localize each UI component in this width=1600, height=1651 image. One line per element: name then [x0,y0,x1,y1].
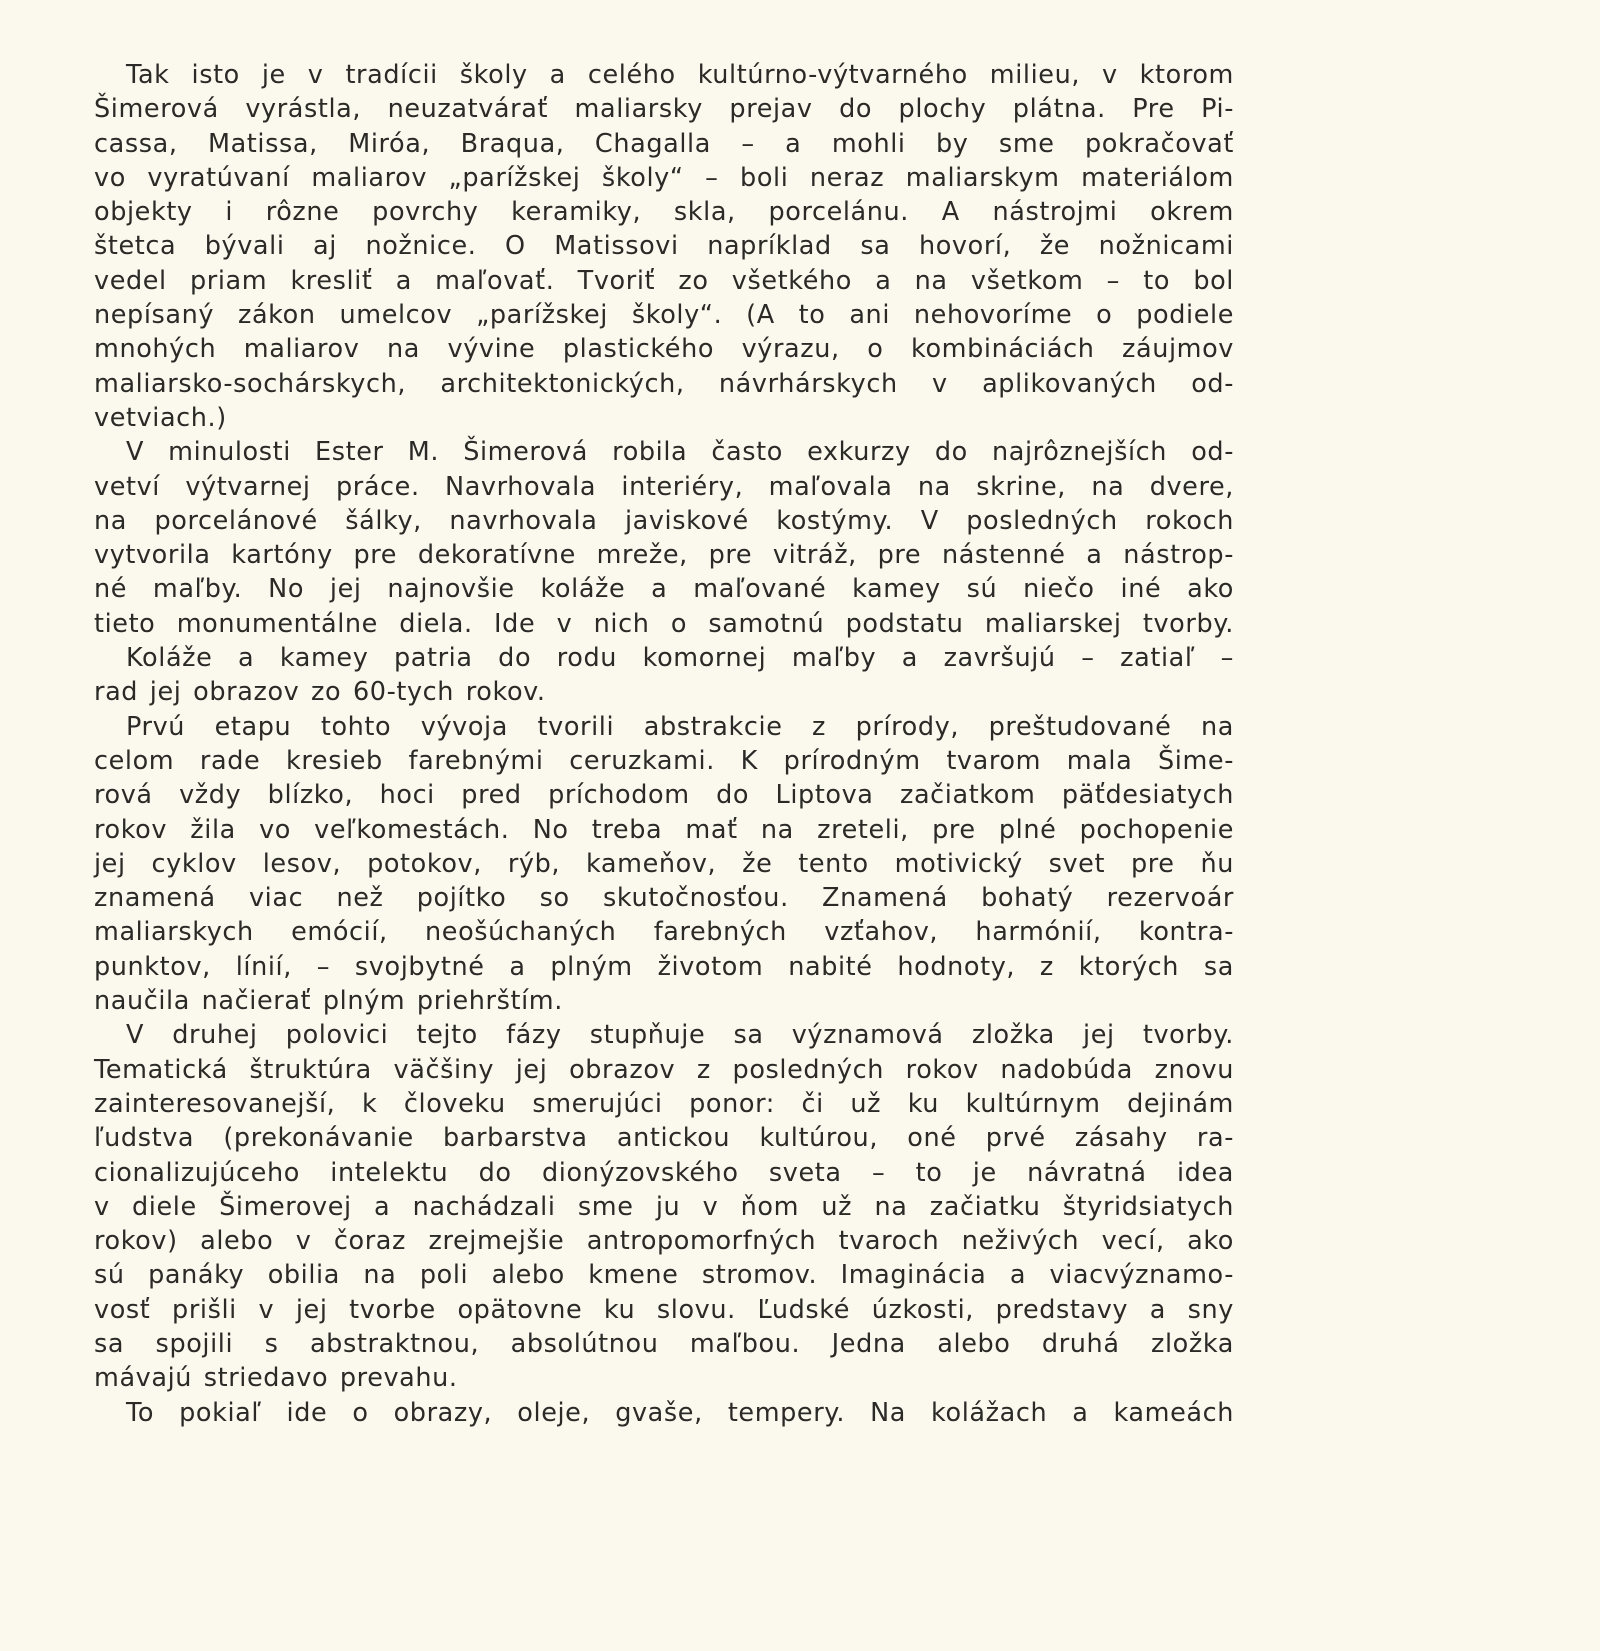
text-line: maliarskych emócií, neošúchaných farebný… [94,915,1234,949]
text-line: na porcelánové šálky, navrhovala javisko… [94,504,1234,538]
text-line: vetviach.) [94,401,1234,435]
text-line: nepísaný zákon umelcov „parížskej školy“… [94,298,1234,332]
text-line: Prvú etapu tohto vývoja tvorili abstrakc… [94,710,1234,744]
text-line: vedel priam kresliť a maľovať. Tvoriť zo… [94,264,1234,298]
text-line: znamená viac než pojítko so skutočnosťou… [94,881,1234,915]
text-line: vytvorila kartóny pre dekoratívne mreže,… [94,538,1234,572]
text-line: rová vždy blízko, hoci pred príchodom do… [94,778,1234,812]
text-line: maliarsko-sochárskych, architektonických… [94,367,1234,401]
body-text: Tak isto je v tradícii školy a celého ku… [94,58,1234,1430]
text-line: sa spojili s abstraktnou, absolútnou maľ… [94,1327,1234,1361]
text-line: naučila načierať plným priehrštím. [94,984,1234,1018]
text-line: Tematická štruktúra väčšiny jej obrazov … [94,1053,1234,1087]
paragraph-3: Koláže a kamey patria do rodu komornej m… [94,641,1234,710]
text-line: vetví výtvarnej práce. Navrhovala interi… [94,470,1234,504]
text-line: objekty i rôzne povrchy keramiky, skla, … [94,195,1234,229]
text-line: To pokiaľ ide o obrazy, oleje, gvaše, te… [94,1396,1234,1430]
book-page: Tak isto je v tradícii školy a celého ku… [0,0,1600,1651]
paragraph-6: To pokiaľ ide o obrazy, oleje, gvaše, te… [94,1396,1234,1430]
text-line: punktov, línií, – svojbytné a plným živo… [94,950,1234,984]
text-line: vo vyratúvaní maliarov „parížskej školy“… [94,161,1234,195]
text-line: tieto monumentálne diela. Ide v nich o s… [94,607,1234,641]
paragraph-2: V minulosti Ester M. Šimerová robila čas… [94,435,1234,641]
text-line: Šimerová vyrástla, neuzatvárať maliarsky… [94,92,1234,126]
text-line: né maľby. No jej najnovšie koláže a maľo… [94,572,1234,606]
paragraph-5: V druhej polovici tejto fázy stupňuje sa… [94,1018,1234,1395]
text-line: cassa, Matissa, Miróa, Braqua, Chagalla … [94,127,1234,161]
text-line: sú panáky obilia na poli alebo kmene str… [94,1258,1234,1292]
text-line: Koláže a kamey patria do rodu komornej m… [94,641,1234,675]
text-line: vosť prišli v jej tvorbe opätovne ku slo… [94,1293,1234,1327]
text-line: štetca bývali aj nožnice. O Matissovi na… [94,229,1234,263]
text-line: rad jej obrazov zo 60-tych rokov. [94,675,1234,709]
paragraph-4: Prvú etapu tohto vývoja tvorili abstrakc… [94,710,1234,1019]
text-line: V minulosti Ester M. Šimerová robila čas… [94,435,1234,469]
text-line: jej cyklov lesov, potokov, rýb, kameňov,… [94,847,1234,881]
text-line: mávajú striedavo prevahu. [94,1361,1234,1395]
text-line: ľudstva (prekonávanie barbarstva anticko… [94,1121,1234,1155]
text-line: rokov) alebo v čoraz zrejmejšie antropom… [94,1224,1234,1258]
paragraph-1: Tak isto je v tradícii školy a celého ku… [94,58,1234,435]
text-line: cionalizujúceho intelektu do dionýzovské… [94,1156,1234,1190]
text-line: v diele Šimerovej a nachádzali sme ju v … [94,1190,1234,1224]
text-line: Tak isto je v tradícii školy a celého ku… [94,58,1234,92]
text-line: celom rade kresieb farebnými ceruzkami. … [94,744,1234,778]
text-line: zainteresovanejší, k človeku smerujúci p… [94,1087,1234,1121]
text-line: V druhej polovici tejto fázy stupňuje sa… [94,1018,1234,1052]
text-line: rokov žila vo veľkomestách. No treba mať… [94,813,1234,847]
text-line: mnohých maliarov na vývine plastického v… [94,332,1234,366]
